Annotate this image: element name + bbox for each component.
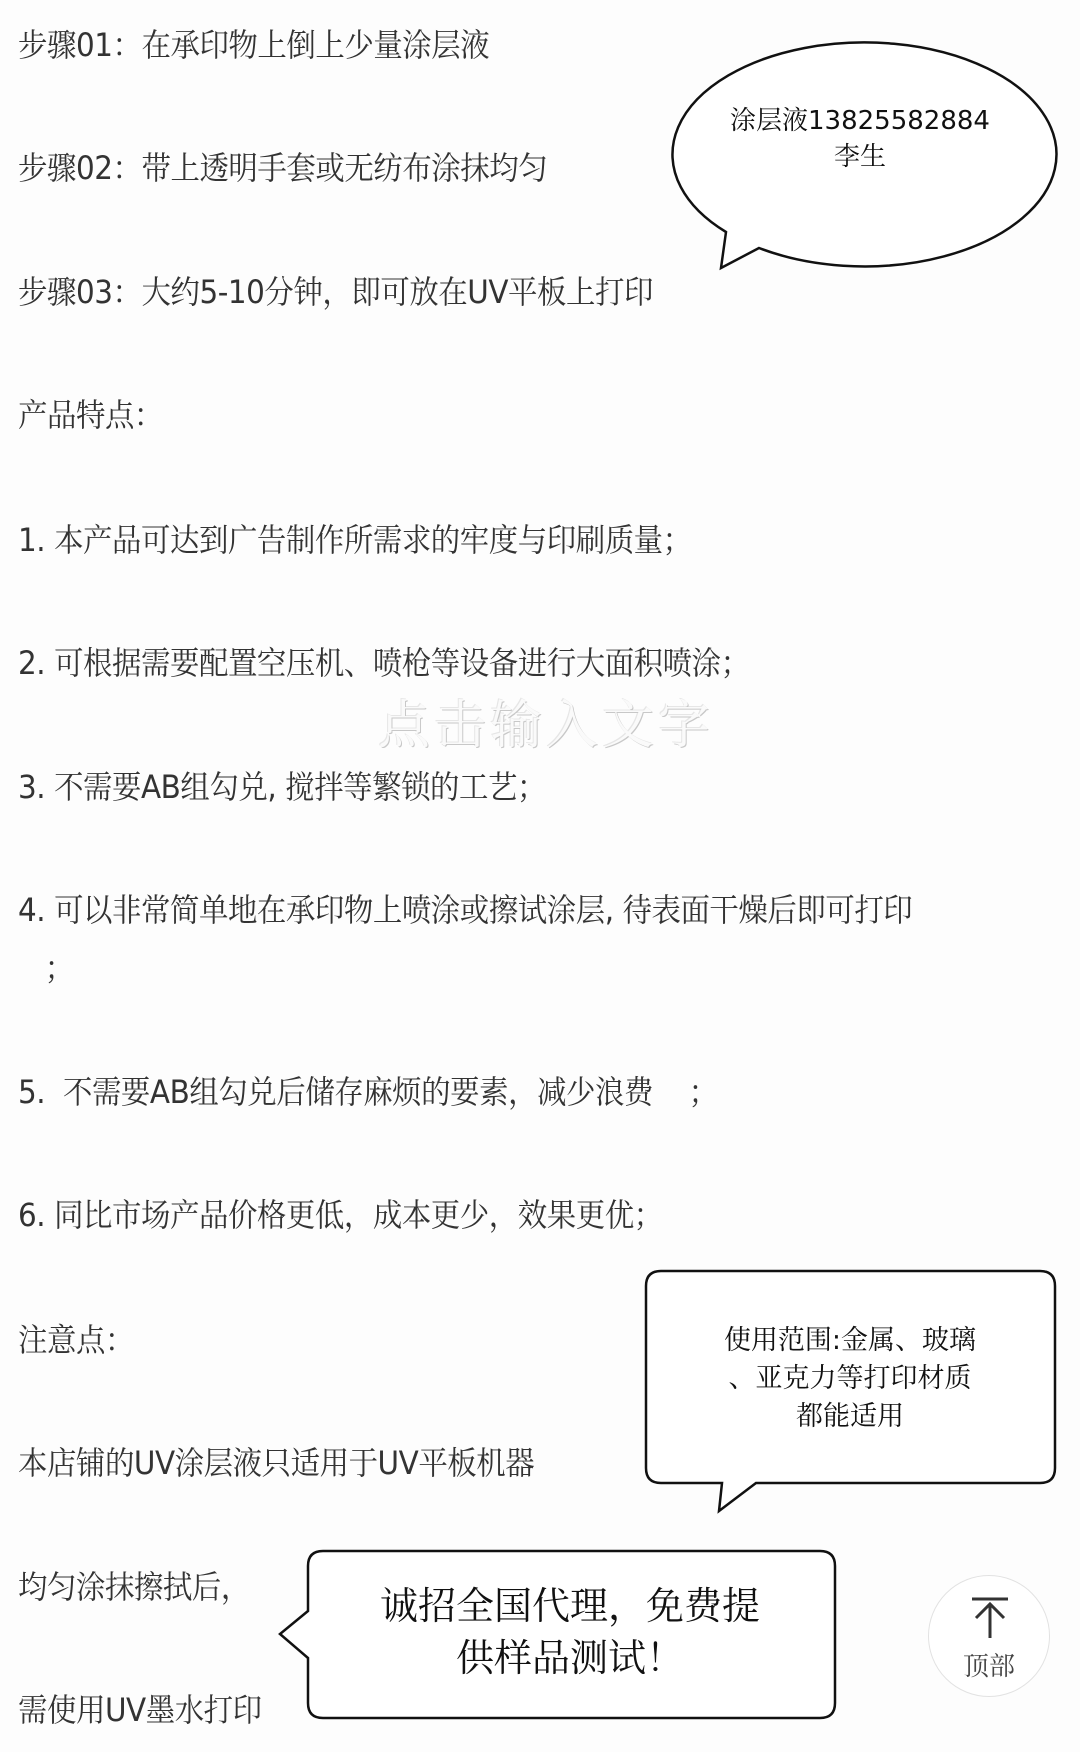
contact-bubble-text: 涂层液13825582884 李生: [680, 103, 1040, 175]
contact-name: 李生: [680, 139, 1040, 175]
back-to-top-label: 顶部: [929, 1646, 1049, 1683]
agent-line-1: 诚招全国代理，免费提: [320, 1580, 820, 1632]
agent-line-2: 供样品测试！: [320, 1632, 820, 1684]
usage-line-3: 都能适用: [660, 1398, 1040, 1436]
usage-line-2: 、亚克力等打印材质: [660, 1360, 1040, 1398]
back-to-top-button[interactable]: 顶部: [928, 1575, 1050, 1697]
arrow-up-to-top-icon: [970, 1596, 1010, 1640]
usage-bubble-text: 使用范围:金属、玻璃 、亚克力等打印材质 都能适用: [660, 1322, 1040, 1436]
contact-phone: 涂层液13825582884: [680, 103, 1040, 139]
speech-bubble-shapes: [0, 0, 1080, 1752]
agent-bubble-text: 诚招全国代理，免费提 供样品测试！: [320, 1580, 820, 1684]
usage-line-1: 使用范围:金属、玻璃: [660, 1322, 1040, 1360]
